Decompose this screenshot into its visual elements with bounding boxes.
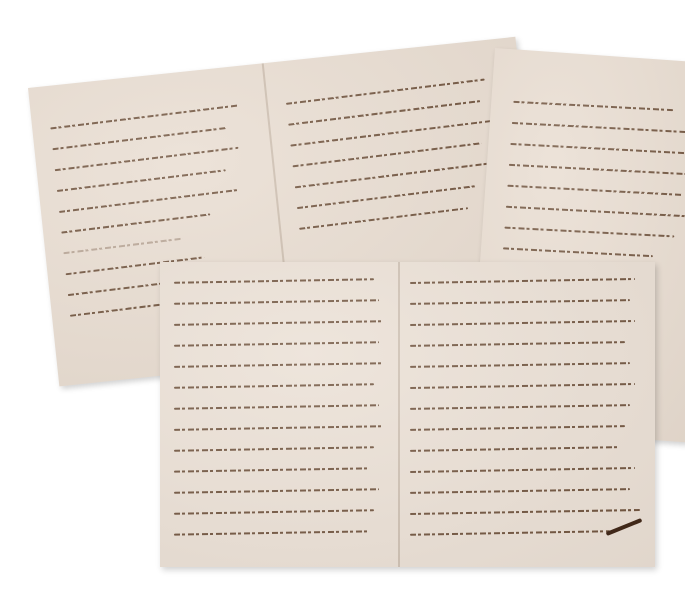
handwriting-right-page xyxy=(286,79,510,247)
paper-fold xyxy=(398,262,400,567)
front-letter xyxy=(160,262,655,567)
handwriting-left-page xyxy=(174,280,394,553)
handwriting-right-page xyxy=(410,280,645,553)
